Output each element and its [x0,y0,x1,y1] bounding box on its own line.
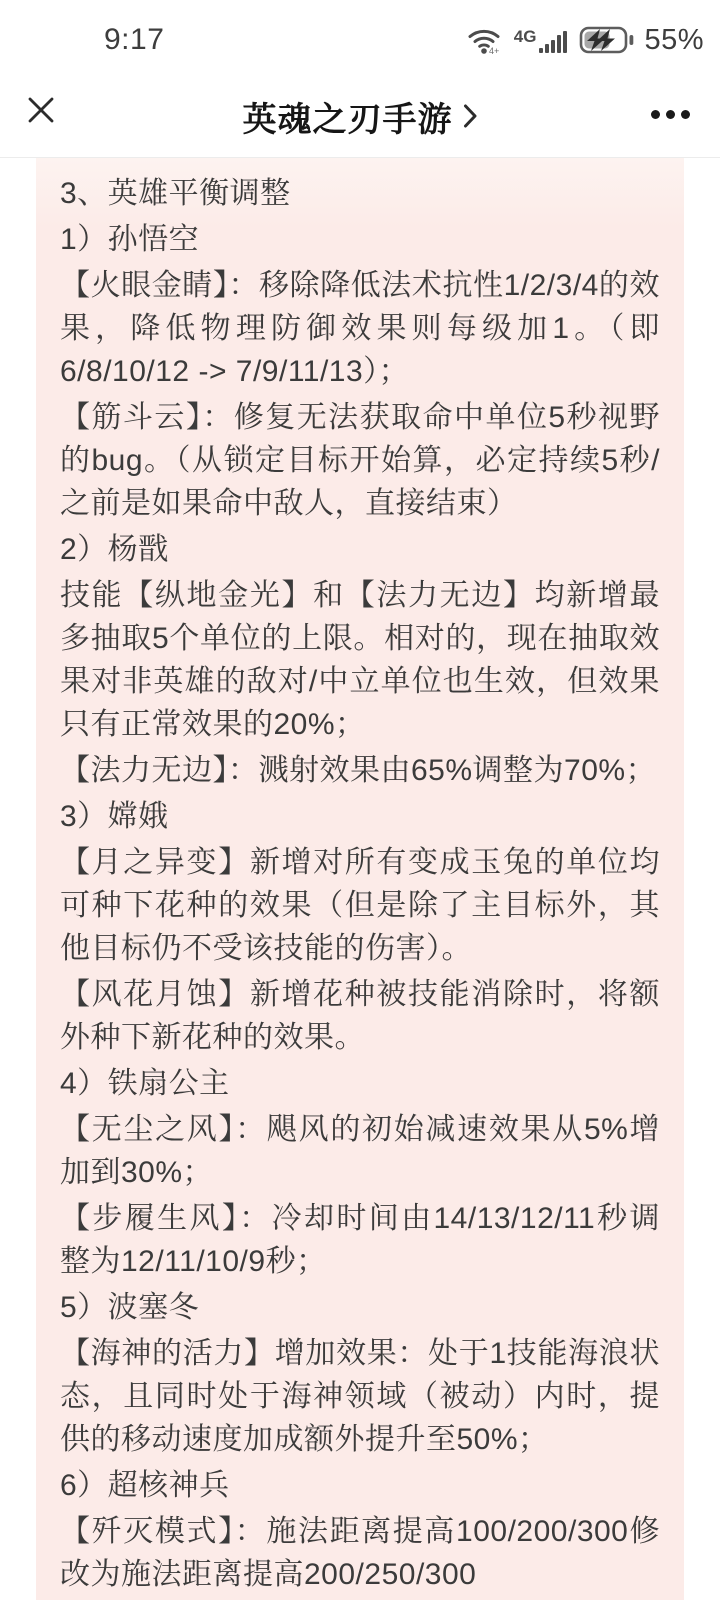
article-paragraph: 1）孙悟空 [60,218,660,261]
article-paragraph: 【歼灭模式】：施法距离提高100/200/300修改为施法距离提高200/250… [60,1510,660,1596]
wifi-icon: 4+ [467,25,503,55]
wifi-speed-badge: 4+ [489,46,499,55]
article-body: 3、英雄平衡调整1）孙悟空【火眼金睛】：移除降低法术抗性1/2/3/4的效果，降… [36,158,684,1600]
article-paragraph: 4）铁扇公主 [60,1062,660,1105]
article-paragraph: 5）波塞冬 [60,1286,660,1329]
phone-screen: 9:17 4+ 4G [0,0,720,1600]
more-dot [681,110,690,119]
official-account-link[interactable]: 英魂之刃手游 [243,92,478,141]
more-menu-button[interactable] [647,106,694,123]
close-button[interactable] [21,90,61,130]
article-paragraph: 2）杨戬 [60,528,660,571]
chevron-right-icon [463,103,478,129]
article-paragraph: 3）嫦娥 [60,795,660,838]
more-dot [666,110,675,119]
article-paragraph: 3、英雄平衡调整 [60,172,660,215]
article-paragraph: 【无尘之风】：飓风的初始减速效果从5%增加到30%； [60,1108,660,1194]
cellular-signal: 4G [514,27,568,53]
article-paragraph: 【筋斗云】：修复无法获取命中单位5秒视野的bug。（从锁定目标开始算，必定持续5… [60,396,660,525]
article-paragraph: 【海神的活力】增加效果：处于1技能海浪状态，且同时处于海神领域（被动）内时，提供… [60,1332,660,1461]
article-paragraph: 【法力无边】：溅射效果由65%调整为70%； [60,749,660,792]
status-bar: 9:17 4+ 4G [0,16,720,64]
article-paragraph: 【步履生风】：冷却时间由14/13/12/11秒调整为12/11/10/9秒； [60,1197,660,1283]
battery-percent-label: 55% [644,24,704,57]
signal-bars-icon [539,27,567,53]
battery-charging-icon [579,25,635,55]
status-icons: 4+ 4G 55% [467,24,704,57]
close-icon [27,96,55,124]
header-bar: 英魂之刃手游 [0,86,720,146]
article-paragraph: 6）超核神兵 [60,1464,660,1507]
article-paragraph: 【火眼金睛】：移除降低法术抗性1/2/3/4的效果，降低物理防御效果则每级加1。… [60,264,660,393]
article-paragraph: 技能【纵地金光】和【法力无边】均新增最多抽取5个单位的上限。相对的，现在抽取效果… [60,574,660,746]
article-paragraph: 【风花月蚀】新增花种被技能消除时，将额外种下新花种的效果。 [60,973,660,1059]
network-type-label: 4G [514,28,537,45]
more-dot [651,110,660,119]
page-title: 英魂之刃手游 [243,92,453,141]
status-time: 9:17 [104,23,164,57]
article-paragraph: 【月之异变】新增对所有变成玉兔的单位均可种下花种的效果（但是除了主目标外，其他目… [60,841,660,970]
